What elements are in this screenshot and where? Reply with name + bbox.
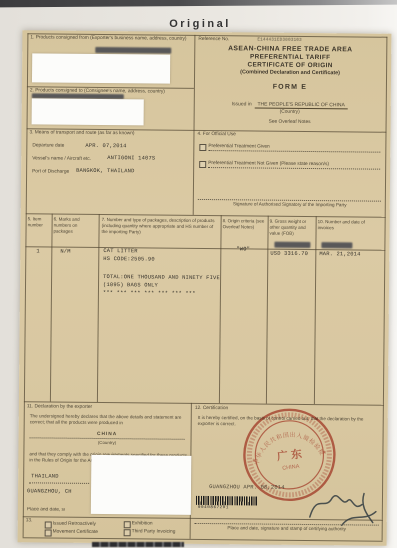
exhibition-checkbox xyxy=(124,521,131,528)
barcode xyxy=(196,496,258,506)
table-header-invoices: 10. Number and date of invoices xyxy=(318,219,378,231)
box11-label: 11. Declaration by the exporter xyxy=(27,404,92,411)
redaction-whiteout-consignee xyxy=(32,98,144,125)
box1-label: 1. Products consigned from (Exporter's b… xyxy=(30,35,190,43)
vessel-label: Vessel's name / Aircraft etc. xyxy=(32,156,91,163)
stamp-center-text: 广 东 xyxy=(276,446,302,463)
stamp-sub-text: CHINA xyxy=(282,464,300,472)
table-header-weight: 9. Gross weight or other quantity and va… xyxy=(270,219,313,237)
exporter-caption-partial: Place and date, si xyxy=(27,507,91,514)
row-marks: N/M xyxy=(60,249,70,255)
invoice-number-smudge xyxy=(321,242,352,248)
box3-label: 3. Means of transport and route (as far … xyxy=(29,130,189,138)
copy-type-label: Original xyxy=(120,18,280,30)
reference-label: Reference No. xyxy=(198,37,229,44)
certificate-paper: 1. Products consigned from (Exporter's b… xyxy=(18,30,392,546)
cut-off-text-smudge xyxy=(92,542,184,547)
grid-line xyxy=(219,215,222,403)
form-e-label: FORM E xyxy=(196,82,384,93)
issued-retroactively-checkbox xyxy=(45,521,52,528)
issued-retroactively-label: Issued Retroactively xyxy=(53,522,96,529)
table-header-description: 7. Number and type of packages, descript… xyxy=(102,217,217,236)
declaration-text: The undersigned hereby declares that the… xyxy=(30,413,186,426)
gross-weight-smudge xyxy=(274,242,310,248)
issued-in-label: Issued in xyxy=(232,101,252,107)
movement-certificate-label: Movement Certificate xyxy=(53,530,98,537)
row-invoice-date: MAR. 21,2014 xyxy=(319,251,360,257)
row-description-line2: HS CODE:2505.90 xyxy=(103,256,155,262)
certificate-title-line4: (Combined Declaration and Certificate) xyxy=(196,69,384,78)
redaction-whiteout-exporter xyxy=(32,53,170,83)
row-description-line1: CAT LITTER xyxy=(103,248,137,254)
box13-label: 13. xyxy=(26,518,33,524)
exhibition-label: Exhibition xyxy=(132,521,153,527)
preferential-given-checkbox xyxy=(199,144,206,151)
row-origin-criteria: "WO" xyxy=(236,246,250,252)
importing-country-value: THAILAND xyxy=(31,473,59,479)
scanned-certificate-page: Original 1. Products consigned from (Exp… xyxy=(0,0,397,548)
vessel-value: ANTIGONI 1407S xyxy=(107,155,155,161)
barcode-number: 0040867291 xyxy=(198,506,229,510)
departure-date-value: APR. 07,2014 xyxy=(85,143,126,149)
grid-line xyxy=(50,214,53,402)
exporter-place-date-partial: GUANGZHOU, CH xyxy=(27,488,89,495)
grid-line xyxy=(266,216,269,404)
row-description-line4: (1095) BAGS ONLY xyxy=(103,282,158,289)
third-party-invoicing-label: Third Party Invoicing xyxy=(132,529,176,536)
produced-in-country-caption: (Country) xyxy=(29,439,184,446)
certifier-place-date: GUANGZHOU APR. 08,2014 xyxy=(209,484,285,491)
box4-label: 4. For Official Use xyxy=(197,132,235,139)
certifier-caption: Place and date, signature and stamp of c… xyxy=(195,525,379,533)
preferential-not-given-checkbox xyxy=(199,161,206,168)
row-description-line3: TOTAL:ONE THOUSAND AND NINETY FIVE xyxy=(103,274,220,281)
grid-line xyxy=(314,216,317,404)
redaction-smudge-exporter xyxy=(95,47,171,54)
importing-country-dotted-line xyxy=(29,481,89,484)
preferential-given-label: Preferential Treatment Given xyxy=(208,144,380,153)
table-header-origin: 8. Origin criteria (see Overleaf Notes) xyxy=(223,218,265,230)
see-overleaf-notes: See Overleaf Notes xyxy=(196,119,384,127)
departure-date-label: Departure date xyxy=(32,143,64,150)
table-header-item: 5. Item number xyxy=(28,216,50,228)
row-item-number: 1 xyxy=(36,248,39,254)
country-caption: (Country) xyxy=(196,109,384,117)
signatory-caption: Signature of Authorised Signatory of the… xyxy=(197,201,383,209)
port-of-discharge-label: Port of Discharge xyxy=(32,169,69,176)
issued-in-line: Issued in THE PEOPLE'S REPUBLIC OF CHINA xyxy=(196,101,384,109)
box12-label: 12. Certification xyxy=(195,406,228,413)
scanner-edge-shadow xyxy=(0,0,397,7)
third-party-invoicing-checkbox xyxy=(124,529,131,536)
row-fob-value: USD 3316.70 xyxy=(270,251,308,257)
movement-certificate-checkbox xyxy=(45,529,52,536)
issued-in-country: THE PEOPLE'S REPUBLIC OF CHINA xyxy=(254,101,347,109)
row-description-line5: *** *** *** *** *** *** *** xyxy=(103,290,196,297)
redaction-whiteout-declaration xyxy=(91,455,192,515)
reference-number: E144431ED3803103 xyxy=(257,37,302,42)
form-border-left xyxy=(23,33,29,537)
port-of-discharge-value: BANGKOK, THAILAND xyxy=(76,168,134,175)
preferential-not-given-label: Preferential Treatment Not Given (Please… xyxy=(208,161,380,170)
grid-line xyxy=(97,214,100,402)
table-header-marks: 6. Marks and numbers on packages xyxy=(54,217,96,235)
